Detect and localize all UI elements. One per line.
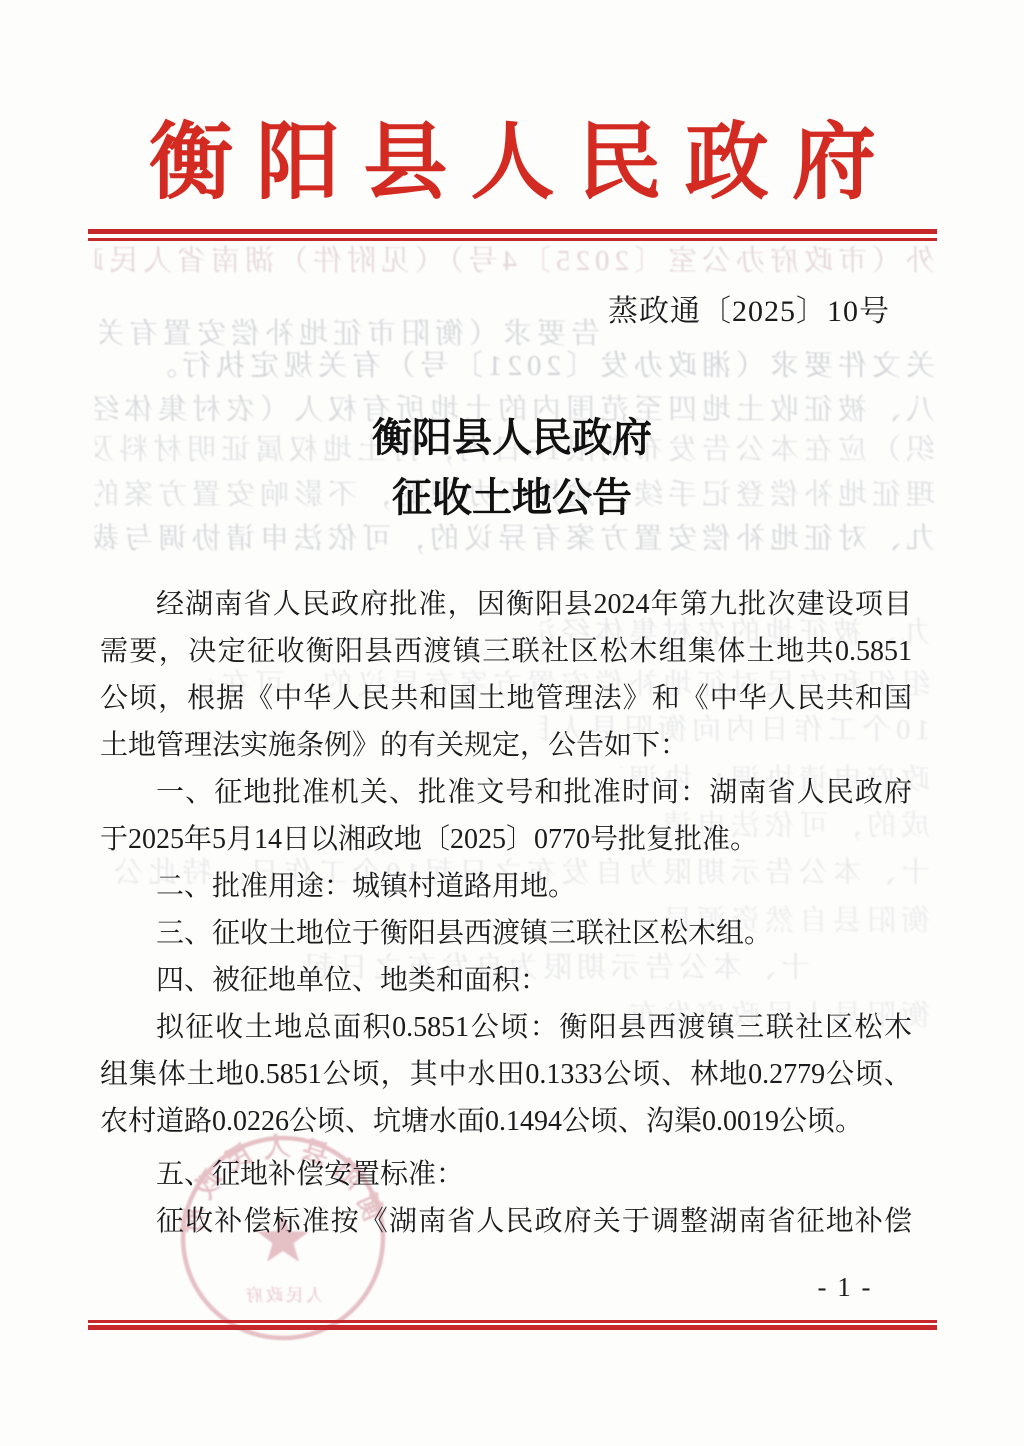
- footer-rule-thick: [88, 1325, 937, 1330]
- header-rule-thin: [88, 238, 937, 241]
- letterhead-char: 民: [578, 116, 662, 213]
- body-line: 于2025年5月14日以湘政地〔2025〕0770号批复批准。: [100, 816, 912, 863]
- body-line: 征收补偿标准按《湖南省人民政府关于调整湖南省征地补偿: [100, 1198, 912, 1245]
- body-line: 四、被征地单位、地类和面积：: [100, 957, 912, 1004]
- bleedthrough-line: 告要求（衡阳市征地补偿安置有关规定）对: [100, 316, 600, 352]
- document-body: 经湖南省人民政府批准，因衡阳县2024年第九批次建设项目 需要，决定征收衡阳县西…: [100, 581, 912, 1245]
- letterhead-char: 衡: [149, 116, 233, 213]
- letterhead-char: 府: [792, 116, 876, 213]
- body-line: 公顷，根据《中华人民共和国土地管理法》和《中华人民共和国: [100, 675, 912, 722]
- bleedthrough-line: 关文件要求（湘政办发〔2021〕号）有关规定执行。: [95, 348, 935, 384]
- letterhead-char: 人: [470, 116, 554, 213]
- body-line: 二、批准用途：城镇村道路用地。: [100, 863, 912, 910]
- body-line: 土地管理法实施条例》的有关规定，公告如下：: [100, 722, 912, 769]
- svg-text:人民政府: 人民政府: [243, 1286, 323, 1305]
- body-line: 农村道路0.0226公顷、坑塘水面0.1494公顷、沟渠0.0019公顷。: [100, 1098, 912, 1145]
- header-rule-thick: [88, 229, 937, 234]
- page-number: - 1 -: [800, 1272, 890, 1303]
- body-line: 五、征地补偿安置标准：: [100, 1151, 912, 1198]
- body-line: 拟征收土地总面积0.5851公顷：衡阳县西渡镇三联社区松木: [100, 1004, 912, 1051]
- body-line: 一、征地批准机关、批准文号和批准时间：湖南省人民政府: [100, 769, 912, 816]
- agency-letterhead: 衡 阳 县 人 民 政 府: [149, 116, 876, 213]
- letterhead-char: 县: [363, 116, 447, 213]
- bleedthrough-line: 外（市政府办公室〔2025〕4号）（见附件）湖南省人民政府公: [95, 243, 935, 279]
- body-line: 需要，决定征收衡阳县西渡镇三联社区松木组集体土地共0.5851: [100, 628, 912, 675]
- letterhead-char: 政: [685, 116, 769, 213]
- body-line: 经湖南省人民政府批准，因衡阳县2024年第九批次建设项目: [100, 581, 912, 628]
- document-number: 蒸政通〔2025〕10号: [608, 286, 890, 330]
- document-title-line1: 衡阳县人民政府: [0, 408, 1024, 468]
- scanned-document-page: 外（市政府办公室〔2025〕4号）（见附件）湖南省人民政府公 告要求（衡阳市征地…: [0, 0, 1024, 1446]
- document-title: 衡阳县人民政府 征收土地公告: [0, 408, 1024, 528]
- letterhead-char: 阳: [256, 116, 340, 213]
- footer-rule-thin: [88, 1320, 937, 1323]
- body-line: 组集体土地0.5851公顷，其中水田0.1333公顷、林地0.2779公顷、: [100, 1051, 912, 1098]
- body-line: 三、征收土地位于衡阳县西渡镇三联社区松木组。: [100, 910, 912, 957]
- document-title-line2: 征收土地公告: [0, 468, 1024, 528]
